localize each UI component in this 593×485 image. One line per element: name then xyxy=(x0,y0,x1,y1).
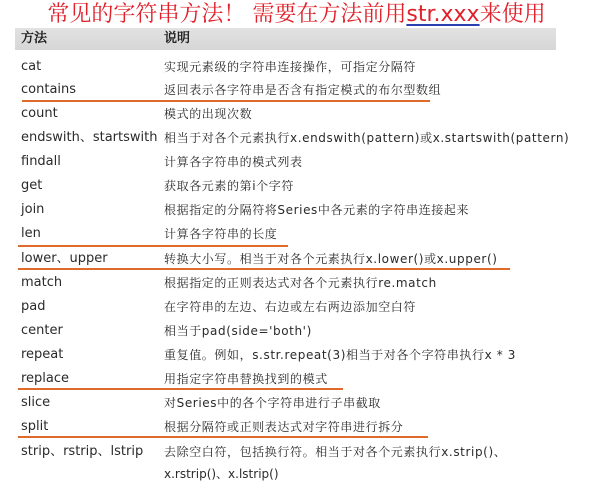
method-name: get xyxy=(21,178,42,194)
highlight-underline-contains xyxy=(22,100,430,102)
title-suffix: 来使用 xyxy=(480,2,546,27)
table-header: 方法 说明 xyxy=(15,28,556,50)
table-row: repeat重复值。例如，s.str.repeat(3)相当于对各个字符串执行x… xyxy=(0,343,593,367)
method-description: 根据指定的正则表达式对各个元素执行re.match xyxy=(164,275,437,291)
highlight-underline-replace xyxy=(18,388,343,390)
method-name: join xyxy=(21,202,44,218)
method-description: 返回表示各字符串是否含有指定模式的布尔型数组 xyxy=(164,82,441,98)
table-row: match根据指定的正则表达式对各个元素执行re.match xyxy=(0,271,593,295)
method-name: count xyxy=(21,106,58,122)
table-row: contains返回表示各字符串是否含有指定模式的布尔型数组 xyxy=(0,78,593,102)
method-name: len xyxy=(21,226,41,242)
table-row: endswith、startswith相当于对各个元素执行x.endswith(… xyxy=(0,126,593,150)
method-description: 相当于pad(side='both') xyxy=(164,323,312,339)
method-name: split xyxy=(21,419,48,435)
method-name: findall xyxy=(21,154,61,170)
table-row: center相当于pad(side='both') xyxy=(0,319,593,343)
header-method: 方法 xyxy=(21,31,47,47)
page-title: 常见的字符串方法！ 需要在方法前用str.xxx来使用 xyxy=(0,1,593,29)
table-row: len计算各字符串的长度 xyxy=(0,222,593,246)
method-name: strip、rstrip、lstrip xyxy=(21,444,143,460)
method-name: cat xyxy=(21,59,41,75)
method-name: endswith、startswith xyxy=(21,130,157,146)
highlight-underline-len xyxy=(18,245,288,247)
method-description: 模式的出现次数 xyxy=(164,106,252,122)
table-row: join根据指定的分隔符将Series中各元素的字符串连接起来 xyxy=(0,198,593,222)
method-description: 计算各字符串的模式列表 xyxy=(164,154,303,170)
table-row: count模式的出现次数 xyxy=(0,102,593,126)
table-row: cat实现元素级的字符串连接操作，可指定分隔符 xyxy=(0,55,593,79)
method-description: 重复值。例如，s.str.repeat(3)相当于对各个字符串执行x * 3 xyxy=(164,347,516,363)
method-name: contains xyxy=(21,82,76,98)
method-name: pad xyxy=(21,299,45,315)
table-row: pad在字符串的左边、右边或左右两边添加空白符 xyxy=(0,295,593,319)
highlight-underline-split xyxy=(18,436,428,438)
method-description: 获取各元素的第i个字符 xyxy=(164,178,294,194)
method-name: replace xyxy=(21,371,69,387)
method-description: 对Series中的各个字符串进行子串截取 xyxy=(164,395,381,411)
method-name: lower、upper xyxy=(21,251,108,267)
table-row: slice对Series中的各个字符串进行子串截取 xyxy=(0,391,593,415)
table-row: strip、rstrip、lstrip去除空白符，包括换行符。相当于对各个元素执… xyxy=(0,440,593,464)
method-name: match xyxy=(21,275,62,291)
header-description: 说明 xyxy=(164,31,190,47)
method-description: 实现元素级的字符串连接操作，可指定分隔符 xyxy=(164,59,416,75)
title-code: str.xxx xyxy=(406,2,479,27)
method-description: 在字符串的左边、右边或左右两边添加空白符 xyxy=(164,299,416,315)
method-description-continued: x.rstrip()、x.lstrip() xyxy=(164,466,279,482)
method-description: 计算各字符串的长度 xyxy=(164,226,277,242)
method-name: center xyxy=(21,323,63,339)
title-prefix: 常见的字符串方法！ 需要在方法前用 xyxy=(47,2,406,27)
method-description: 去除空白符，包括换行符。相当于对各个元素执行x.strip()、 xyxy=(164,444,506,460)
method-description: 根据指定的分隔符将Series中各元素的字符串连接起来 xyxy=(164,202,469,218)
method-name: repeat xyxy=(21,347,63,363)
method-description: 转换大小写。相当于对各个元素执行x.lower()或x.upper() xyxy=(164,251,498,267)
highlight-underline-lower-upper xyxy=(18,268,510,270)
method-description: 根据分隔符或正则表达式对字符串进行拆分 xyxy=(164,419,403,435)
table-row: findall计算各字符串的模式列表 xyxy=(0,150,593,174)
table-row: get获取各元素的第i个字符 xyxy=(0,174,593,198)
method-description: 用指定字符串替换找到的模式 xyxy=(164,371,328,387)
method-description: 相当于对各个元素执行x.endswith(pattern)或x.startswi… xyxy=(164,130,569,146)
method-name: slice xyxy=(21,395,50,411)
